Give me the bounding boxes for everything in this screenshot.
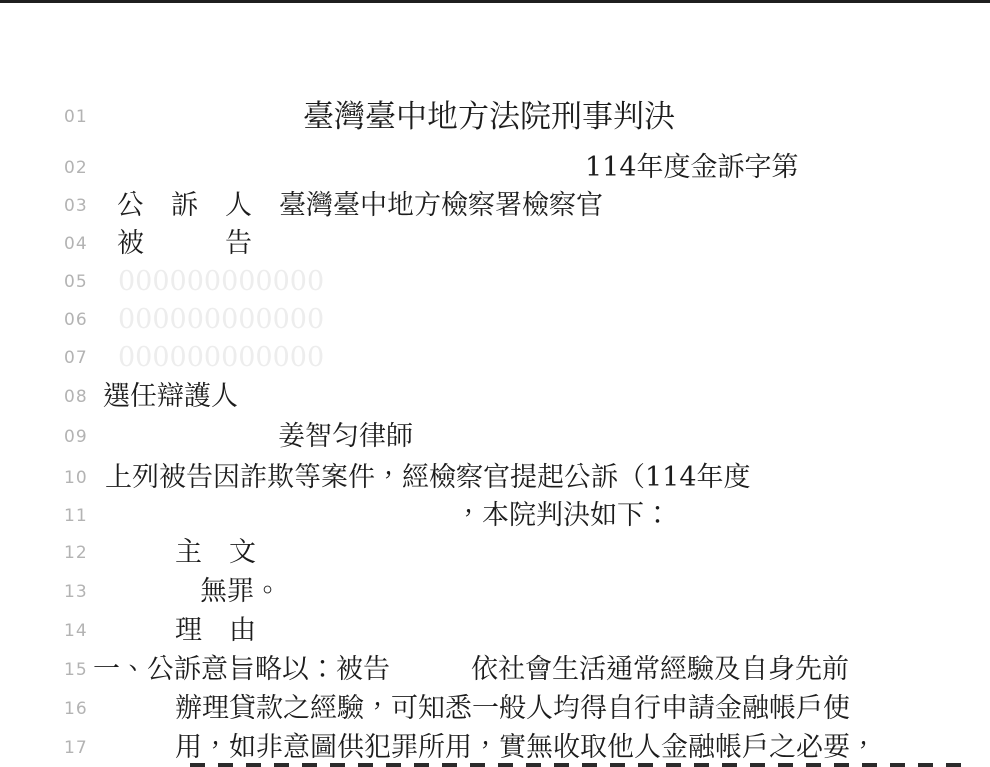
case-number-text: 114年度金訴字第 xyxy=(585,151,799,185)
defendant-label: 被 告 xyxy=(117,227,252,261)
line-number: 11 xyxy=(64,499,88,533)
line-number: 07 xyxy=(64,341,88,375)
document-line: 10 上列被告因詐欺等案件，經檢察官提起公訴（114年度 xyxy=(0,461,990,495)
line-number: 01 xyxy=(64,99,88,135)
line-number: 15 xyxy=(64,653,88,687)
line-text: 用，如非意圖供犯罪所用，實無收取他人金融帳戶之必要， xyxy=(175,731,877,765)
document-line: 07 000000000000 xyxy=(0,341,990,375)
document-line: 01 臺灣臺中地方法院刑事判決 xyxy=(0,99,990,135)
document-title: 臺灣臺中地方法院刑事判決 xyxy=(303,99,675,135)
line-text: 辦理貸款之經驗，可知悉一般人均得自行申請金融帳戶使 xyxy=(175,692,850,726)
prosecutor-line: 公 訴 人 臺灣臺中地方檢察署檢察官 xyxy=(117,189,603,223)
redacted-text: 000000000000 xyxy=(118,341,324,375)
line-number: 05 xyxy=(64,265,88,299)
line-number: 14 xyxy=(64,614,88,648)
line-number: 03 xyxy=(64,189,88,223)
reasons-heading: 理 由 xyxy=(175,614,256,648)
document-line: 04 被 告 xyxy=(0,227,990,261)
redacted-text: 000000000000 xyxy=(118,303,324,337)
lawyer-name: 姜智匀律師 xyxy=(278,420,413,454)
line-number: 02 xyxy=(64,151,88,185)
line-number: 04 xyxy=(64,227,88,261)
line-text: ，本院判決如下： xyxy=(455,499,671,533)
document-line: 03 公 訴 人 臺灣臺中地方檢察署檢察官 xyxy=(0,189,990,223)
document-line: 06 000000000000 xyxy=(0,303,990,337)
document-line: 14 理 由 xyxy=(0,614,990,648)
document-line: 08 選任辯護人 xyxy=(0,380,990,414)
clipped-next-line xyxy=(190,763,962,767)
line-number: 08 xyxy=(64,380,88,414)
verdict-text: 無罪。 xyxy=(200,575,281,609)
line-number: 06 xyxy=(64,303,88,337)
line-number: 17 xyxy=(64,731,88,765)
document-line: 02 114年度金訴字第 xyxy=(0,151,990,185)
line-number: 16 xyxy=(64,692,88,726)
document-line: 17 用，如非意圖供犯罪所用，實無收取他人金融帳戶之必要， xyxy=(0,731,990,765)
document-line: 05 000000000000 xyxy=(0,265,990,299)
line-number: 13 xyxy=(64,575,88,609)
document-line: 15 一、公訴意旨略以：被告 依社會生活通常經驗及自身先前 xyxy=(0,653,990,687)
document-page: 01 臺灣臺中地方法院刑事判決 02 114年度金訴字第 03 公 訴 人 臺灣… xyxy=(0,0,990,767)
document-line: 09 姜智匀律師 xyxy=(0,420,990,454)
main-text-heading: 主 文 xyxy=(175,536,256,570)
document-line: 11 ，本院判決如下： xyxy=(0,499,990,533)
line-number: 09 xyxy=(64,420,88,454)
document-line: 12 主 文 xyxy=(0,536,990,570)
top-border xyxy=(0,0,990,3)
document-line: 16 辦理貸款之經驗，可知悉一般人均得自行申請金融帳戶使 xyxy=(0,692,990,726)
document-line: 13 無罪。 xyxy=(0,575,990,609)
line-number: 12 xyxy=(64,536,88,570)
line-number: 10 xyxy=(64,461,88,495)
redacted-text: 000000000000 xyxy=(118,265,324,299)
line-text: 一、公訴意旨略以：被告 依社會生活通常經驗及自身先前 xyxy=(93,653,849,687)
defense-counsel-label: 選任辯護人 xyxy=(103,380,238,414)
line-text: 上列被告因詐欺等案件，經檢察官提起公訴（114年度 xyxy=(105,461,751,495)
